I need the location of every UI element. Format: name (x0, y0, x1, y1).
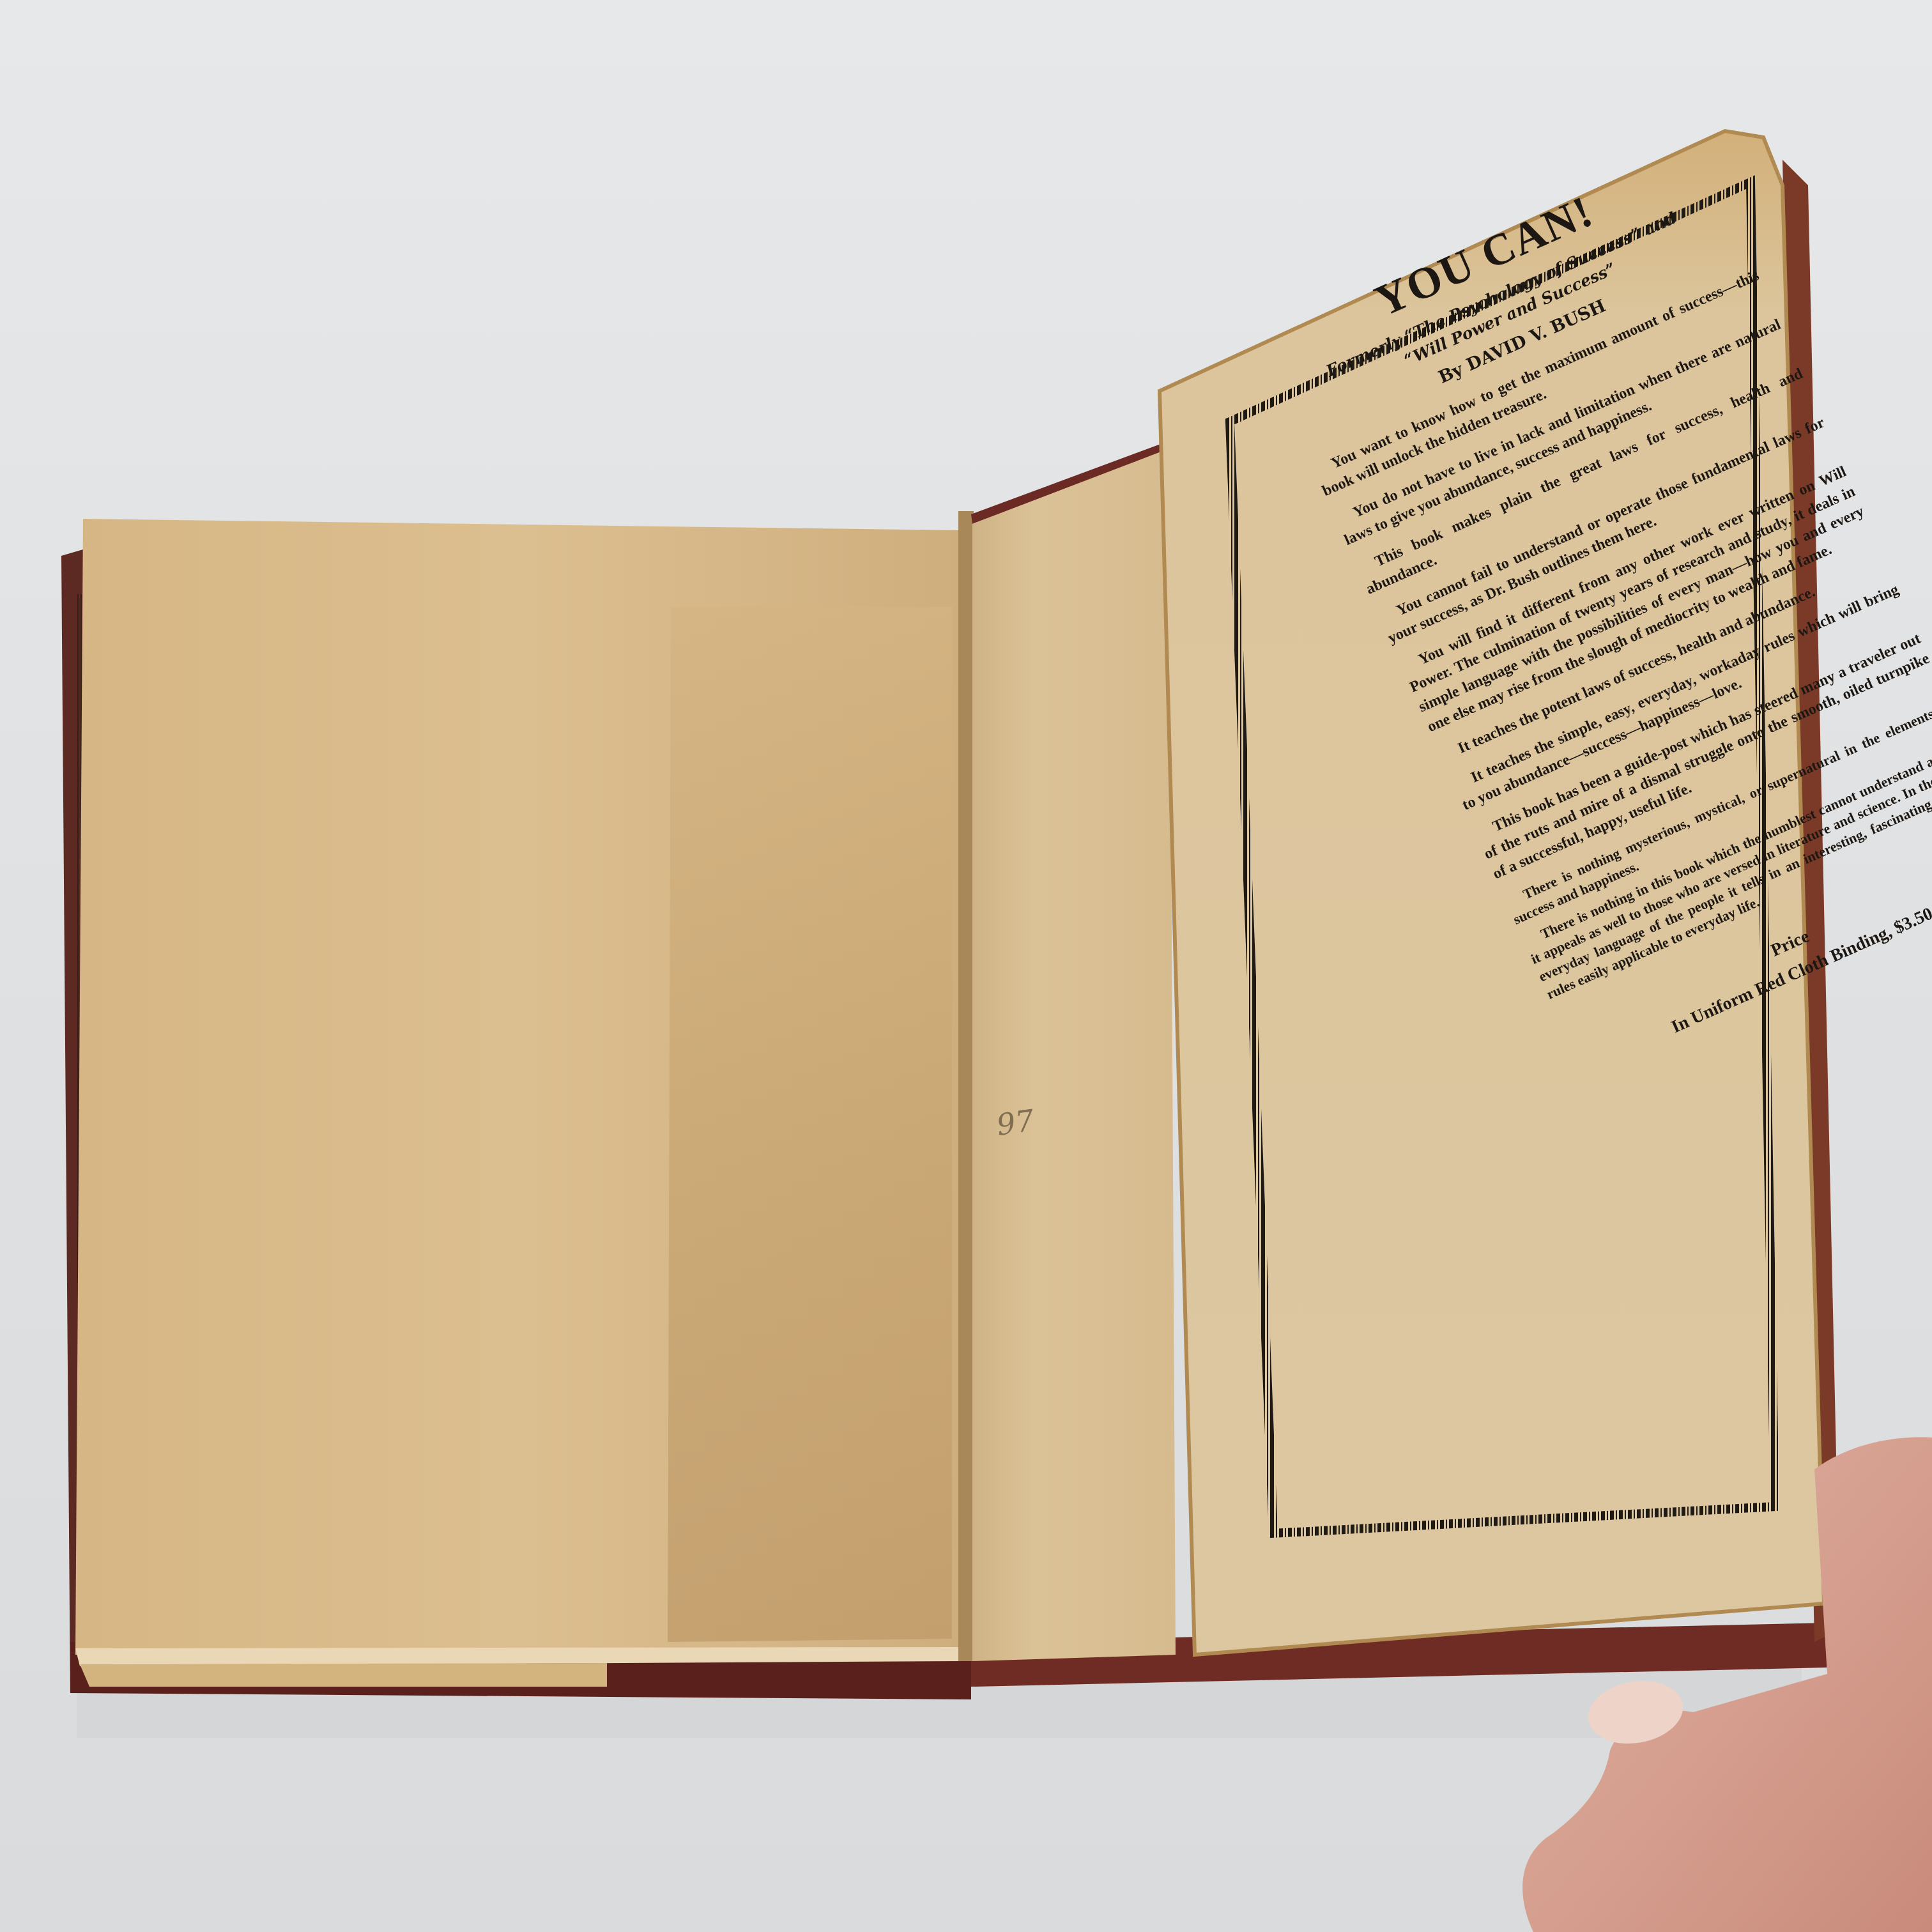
paste-down-edge (80, 1663, 607, 1687)
left-page-offset-band (668, 607, 952, 1642)
gutter (958, 511, 974, 1661)
handwritten-pencil-mark: 97 (995, 1103, 1036, 1142)
right-page (972, 448, 1176, 1661)
